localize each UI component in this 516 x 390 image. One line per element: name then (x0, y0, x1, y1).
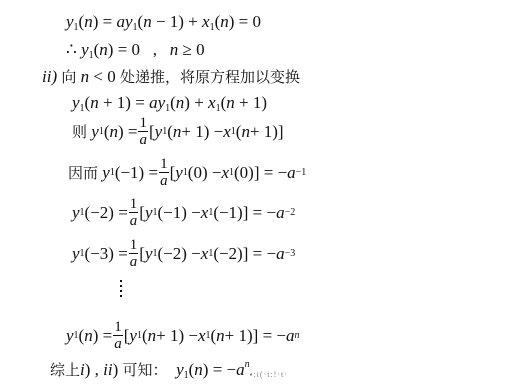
equation-line-2: ∴ y1(n) = 0 , n ≥ 0 (66, 40, 205, 60)
heading-text-1: 向 (61, 68, 76, 86)
yiner-label: 因而 (68, 163, 98, 183)
equation-line-6: 因而 y1(−1) = 1a[y1(0) − x1(0)] = −a−1 (68, 157, 306, 189)
case-ii-heading: ii) 向 n < 0 处递推，将原方程加以变换 (42, 67, 300, 87)
conclusion-line: 综上i) , ii) 可知： y1(n) = −an▪:i(·t:!·t· (50, 360, 288, 385)
fraction-1-over-a: 1a (159, 157, 169, 189)
equation-line-4: y1(n + 1) = ay1(n) + x1(n + 1) (72, 93, 267, 113)
fraction-1-over-a: 1a (113, 320, 123, 352)
ze-label: 则 (72, 122, 87, 142)
therefore-symbol: ∴ (66, 40, 77, 59)
heading-text-2: 处递推，将原方程加以变换 (120, 68, 300, 86)
equation-line-7: y1(−2) = 1a[y1(−1) − x1(−1)] = −a−2 (72, 197, 295, 229)
equation-line-5: 则 y1(n) = 1a[y1(n + 1) − x1(n + 1)] (72, 116, 284, 148)
equation-line-10: y1(n) = 1a[y1(n + 1) − x1(n + 1)] = −an (66, 320, 300, 352)
zongshang-label: 综上 (50, 361, 80, 379)
equation-line-1: y1(n) = ay1(n − 1) + x1(n) = 0 (66, 12, 261, 32)
exponent: n (245, 359, 250, 370)
fraction-1-over-a: 1a (129, 238, 139, 270)
fraction-1-over-a: 1a (138, 116, 148, 148)
case-label: ii) (42, 67, 57, 86)
vertical-ellipsis (120, 280, 123, 300)
equation-line-8: y1(−3) = 1a[y1(−2) − x1(−2)] = −a−3 (72, 238, 295, 270)
kezhi-label: 可知： (123, 361, 168, 379)
fraction-1-over-a: 1a (129, 197, 139, 229)
watermark-text: ▪:i(·t:!·t· (250, 370, 288, 379)
